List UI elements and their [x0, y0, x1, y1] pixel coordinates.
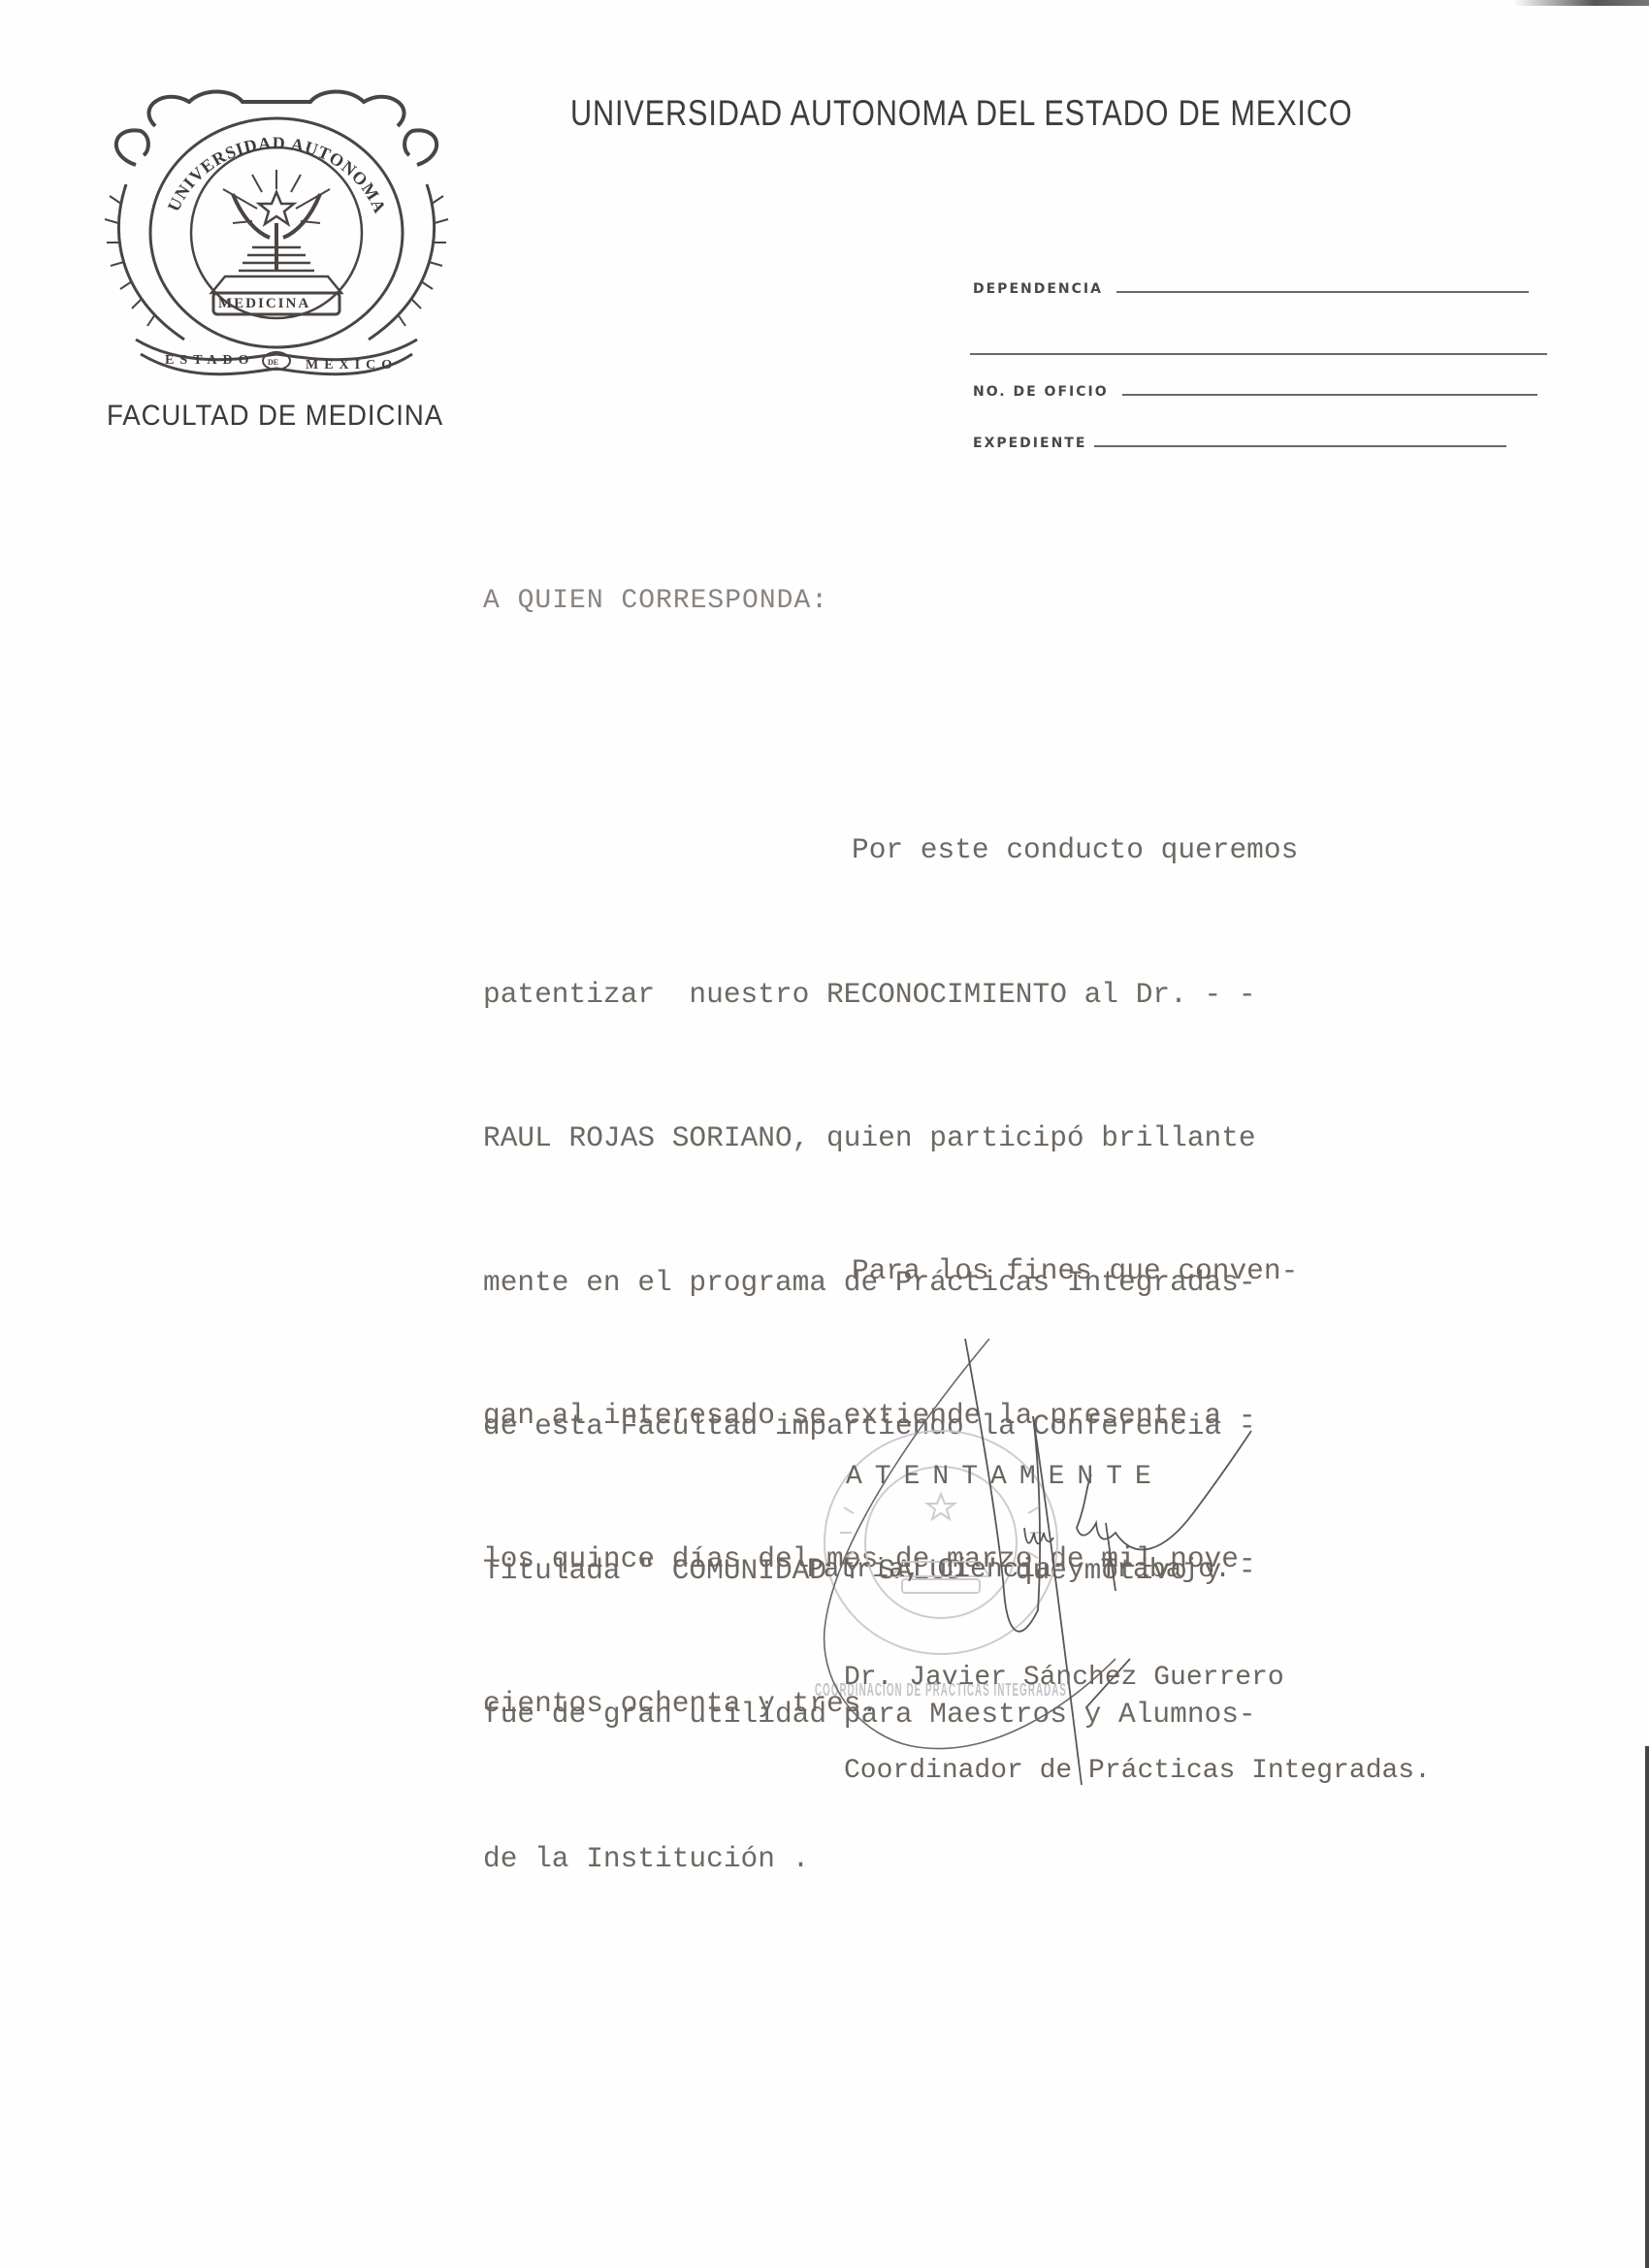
- university-medicine-seal-icon: MEDICINA UNIVERSIDAD AUTONOMA ESTADO DE …: [97, 78, 456, 388]
- svg-text:MEDICINA: MEDICINA: [218, 296, 310, 311]
- svg-text:ESTADO: ESTADO: [165, 353, 255, 368]
- faculty-name: FACULTAD DE MEDICINA: [107, 400, 443, 433]
- body-line: Por este conducto queremos: [483, 826, 1298, 875]
- expediente-line[interactable]: [1094, 445, 1506, 447]
- scan-edge-shadow: [1513, 0, 1649, 6]
- body-line: Para los fines que conven-: [483, 1247, 1298, 1296]
- expediente-field[interactable]: EXPEDIENTE: [973, 436, 1506, 451]
- no-oficio-label: NO. DE OFICIO: [973, 384, 1109, 400]
- letter-page: MEDICINA UNIVERSIDAD AUTONOMA ESTADO DE …: [0, 0, 1649, 2268]
- university-name: UNIVERSIDAD AUTONOMA DEL ESTADO DE MEXIC…: [570, 93, 1352, 134]
- dependencia-field[interactable]: DEPENDENCIA: [973, 281, 1529, 297]
- scan-edge-shadow: [1645, 1746, 1649, 2268]
- body-line: patentizar nuestro RECONOCIMIENTO al Dr.…: [483, 971, 1298, 1020]
- salutation: A QUIEN CORRESPONDA:: [483, 586, 828, 616]
- expediente-label: EXPEDIENTE: [973, 436, 1086, 451]
- svg-text:MEXICO: MEXICO: [306, 358, 398, 373]
- no-oficio-field[interactable]: NO. DE OFICIO: [973, 384, 1537, 400]
- closing-motto: Patria, Ciencia y Trabajo.: [807, 1555, 1231, 1586]
- no-oficio-line[interactable]: [1122, 394, 1537, 396]
- signer-position: Coordinador de Prácticas Integradas.: [844, 1756, 1431, 1787]
- closing-title: ATENTAMENTE: [807, 1462, 1231, 1493]
- dependencia-second-line[interactable]: [970, 353, 1547, 355]
- signer-block: Dr. Javier Sánchez Guerrero Coordinador …: [844, 1601, 1431, 1849]
- svg-text:DE: DE: [268, 358, 278, 367]
- dependencia-second-line-field[interactable]: [970, 353, 1547, 359]
- signer-name: Dr. Javier Sánchez Guerrero: [844, 1663, 1431, 1694]
- dependencia-label: DEPENDENCIA: [973, 281, 1103, 297]
- dependencia-line[interactable]: [1116, 291, 1529, 293]
